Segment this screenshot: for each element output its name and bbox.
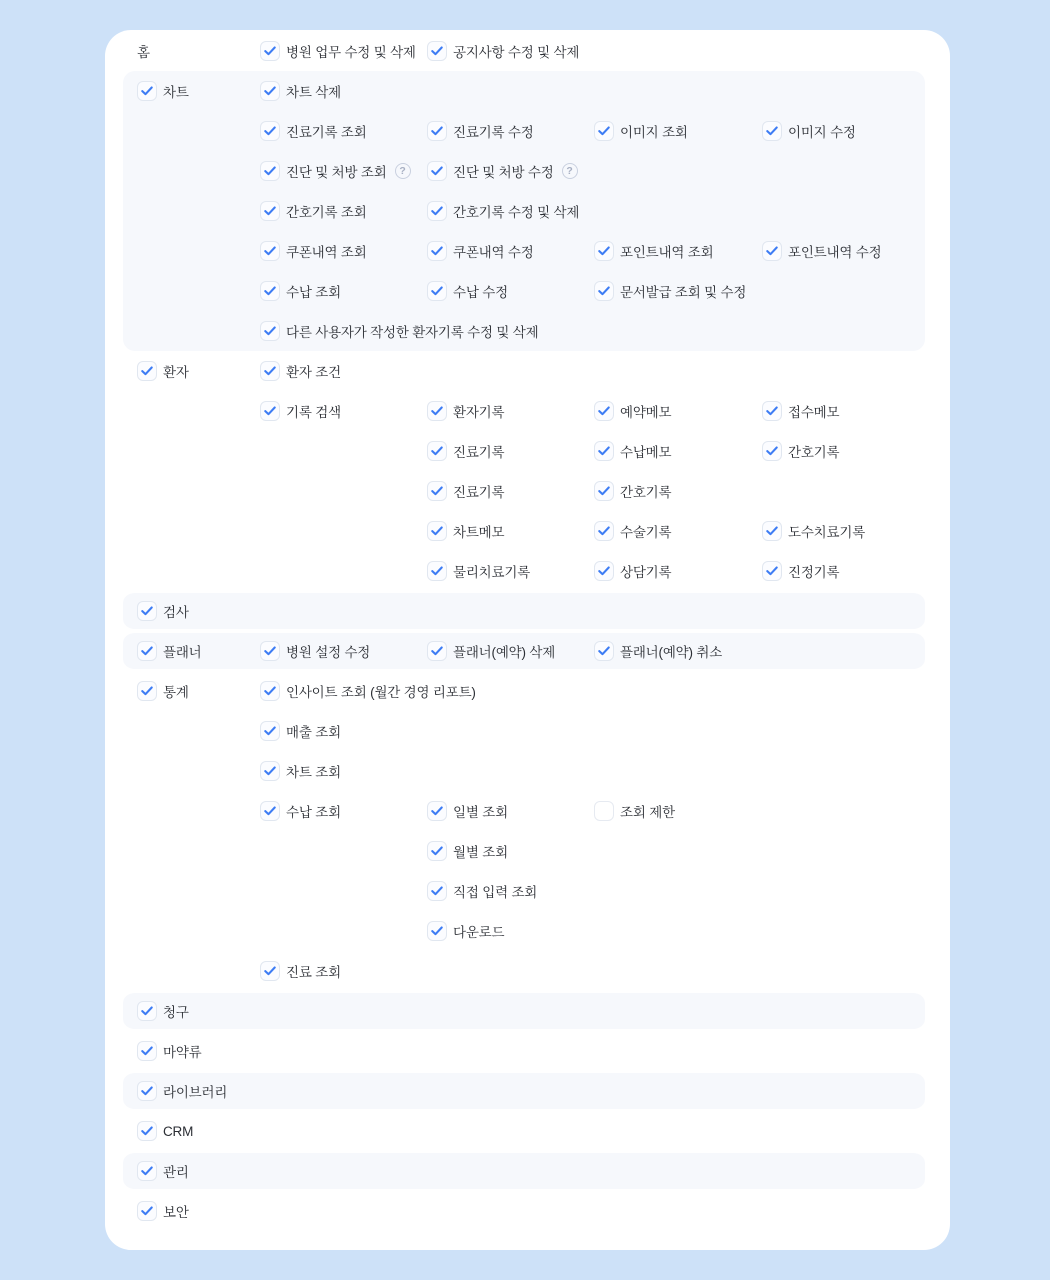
check-icon <box>598 286 610 296</box>
check-icon <box>598 486 610 496</box>
permission-item: 진료기록 <box>427 441 594 461</box>
check-icon <box>264 246 276 256</box>
check-icon <box>141 686 153 696</box>
permission-item: 수납 조회 <box>260 281 427 301</box>
permission-label: 간호기록 조회 <box>286 201 367 221</box>
section-library: 라이브러리 <box>123 1071 925 1111</box>
category-label: 통계 <box>163 681 189 701</box>
checkbox-checked[interactable] <box>260 241 280 261</box>
permission-row: 홈병원 업무 수정 및 삭제공지사항 수정 및 삭제 <box>123 31 925 71</box>
checkbox-checked[interactable] <box>137 1001 157 1021</box>
check-icon <box>766 566 778 576</box>
permission-label: 포인트내역 수정 <box>788 241 881 261</box>
permission-row: 플래너병원 설정 수정플래너(예약) 삭제플래너(예약) 취소 <box>123 633 925 669</box>
permission-item: 병원 업무 수정 및 삭제 <box>260 41 427 61</box>
checkbox-checked[interactable] <box>137 1161 157 1181</box>
permission-item: 포인트내역 수정 <box>762 241 925 261</box>
permission-row: 통계인사이트 조회 (월간 경영 리포트) <box>123 671 925 711</box>
category-label: 관리 <box>163 1161 189 1181</box>
permission-label: 다운로드 <box>453 921 504 941</box>
checkbox-checked[interactable] <box>427 881 447 901</box>
category-item: 검사 <box>137 601 260 621</box>
checkbox-checked[interactable] <box>260 161 280 181</box>
permission-row: 차트차트 삭제 <box>123 71 925 111</box>
check-icon <box>431 646 443 656</box>
check-icon <box>431 806 443 816</box>
check-icon <box>264 46 276 56</box>
checkbox-checked[interactable] <box>762 401 782 421</box>
permission-row: 진료기록 조회진료기록 수정이미지 조회이미지 수정 <box>123 111 925 151</box>
permission-row: 환자환자 조건 <box>123 351 925 391</box>
permission-row: 차트메모수술기록도수치료기록 <box>123 511 925 551</box>
permission-label: 수납 조회 <box>286 281 341 301</box>
permission-label: 직접 입력 조회 <box>453 881 537 901</box>
permission-row: 마약류 <box>123 1031 925 1071</box>
permission-item: 직접 입력 조회 <box>427 881 594 901</box>
permission-label: 다른 사용자가 작성한 환자기록 수정 및 삭제 <box>286 321 538 341</box>
checkbox-checked[interactable] <box>427 801 447 821</box>
section-billing: 청구 <box>123 991 925 1031</box>
permission-label: 진료기록 수정 <box>453 121 534 141</box>
permission-label: 간호기록 수정 및 삭제 <box>453 201 579 221</box>
permission-item: 차트메모 <box>427 521 594 541</box>
checkbox-unchecked[interactable] <box>594 801 614 821</box>
permission-item: 진단 및 처방 조회? <box>260 161 427 181</box>
section-planner: 플래너병원 설정 수정플래너(예약) 삭제플래너(예약) 취소 <box>123 631 925 671</box>
checkbox-checked[interactable] <box>260 401 280 421</box>
permission-item: 진료기록 수정 <box>427 121 594 141</box>
check-icon <box>598 406 610 416</box>
permission-label: 수납메모 <box>620 441 671 461</box>
permission-row: 관리 <box>123 1153 925 1189</box>
category-item: 청구 <box>137 1001 260 1021</box>
permission-row: 진단 및 처방 조회?진단 및 처방 수정? <box>123 151 925 191</box>
permission-item: 수납메모 <box>594 441 762 461</box>
checkbox-checked[interactable] <box>594 281 614 301</box>
check-icon <box>598 566 610 576</box>
permission-label: 접수메모 <box>788 401 839 421</box>
permission-row: 물리치료기록상담기록진정기록 <box>123 551 925 591</box>
check-icon <box>431 846 443 856</box>
check-icon <box>431 486 443 496</box>
permission-item: 다운로드 <box>427 921 594 941</box>
permission-row: 간호기록 조회간호기록 수정 및 삭제 <box>123 191 925 231</box>
permission-label: 기록 검색 <box>286 401 341 421</box>
permission-label: 병원 업무 수정 및 삭제 <box>286 41 416 61</box>
permission-label: 조회 제한 <box>620 801 675 821</box>
permission-label: 쿠폰내역 조회 <box>286 241 367 261</box>
check-icon <box>598 246 610 256</box>
permission-item: 간호기록 <box>594 481 762 501</box>
permission-label: 수술기록 <box>620 521 671 541</box>
permission-label: 공지사항 수정 및 삭제 <box>453 41 579 61</box>
check-icon <box>766 246 778 256</box>
check-icon <box>264 406 276 416</box>
permission-item: 매출 조회 <box>260 721 427 741</box>
permission-label: 진료기록 <box>453 481 504 501</box>
checkbox-checked[interactable] <box>762 121 782 141</box>
permission-row: 쿠폰내역 조회쿠폰내역 수정포인트내역 조회포인트내역 수정 <box>123 231 925 271</box>
checkbox-checked[interactable] <box>594 441 614 461</box>
permission-row: 검사 <box>123 593 925 629</box>
check-icon <box>141 646 153 656</box>
checkbox-checked[interactable] <box>762 441 782 461</box>
permission-item: 차트 삭제 <box>260 81 427 101</box>
permission-item: 진단 및 처방 수정? <box>427 161 594 181</box>
permission-label: 인사이트 조회 (월간 경영 리포트) <box>286 681 476 701</box>
permission-label: 문서발급 조회 및 수정 <box>620 281 746 301</box>
check-icon <box>264 86 276 96</box>
checkbox-checked[interactable] <box>427 241 447 261</box>
check-icon <box>598 126 610 136</box>
check-icon <box>431 166 443 176</box>
check-icon <box>431 926 443 936</box>
check-icon <box>141 606 153 616</box>
check-icon <box>766 446 778 456</box>
permission-label: 이미지 수정 <box>788 121 856 141</box>
category-label: 환자 <box>163 361 189 381</box>
permission-row: 수납 조회일별 조회조회 제한 <box>123 791 925 831</box>
permission-label: 차트 조회 <box>286 761 341 781</box>
permission-item: 플래너(예약) 삭제 <box>427 641 594 661</box>
check-icon <box>598 646 610 656</box>
permission-item: 진정기록 <box>762 561 925 581</box>
permission-label: 도수치료기록 <box>788 521 865 541</box>
check-icon <box>264 806 276 816</box>
checkbox-checked[interactable] <box>260 321 280 341</box>
check-icon <box>264 366 276 376</box>
checkbox-checked[interactable] <box>260 761 280 781</box>
check-icon <box>141 1046 153 1056</box>
permission-item: 월별 조회 <box>427 841 594 861</box>
permission-item: 다른 사용자가 작성한 환자기록 수정 및 삭제 <box>260 321 427 341</box>
permission-row: 진료기록수납메모간호기록 <box>123 431 925 471</box>
permission-label: 간호기록 <box>788 441 839 461</box>
check-icon <box>598 526 610 536</box>
permission-label: 물리치료기록 <box>453 561 530 581</box>
permission-item: 일별 조회 <box>427 801 594 821</box>
category-item: 보안 <box>137 1201 260 1221</box>
permission-label: 환자 조건 <box>286 361 341 381</box>
category-label: 마약류 <box>163 1041 202 1061</box>
category-label: CRM <box>163 1124 193 1139</box>
checkbox-checked[interactable] <box>260 361 280 381</box>
checkbox-checked[interactable] <box>427 161 447 181</box>
check-icon <box>264 726 276 736</box>
check-icon <box>141 1086 153 1096</box>
category-item: 홈 <box>137 41 260 61</box>
permission-item: 공지사항 수정 및 삭제 <box>427 41 594 61</box>
permission-item: 수술기록 <box>594 521 762 541</box>
checkbox-checked[interactable] <box>137 681 157 701</box>
checkbox-checked[interactable] <box>427 841 447 861</box>
check-icon <box>264 126 276 136</box>
checkbox-checked[interactable] <box>260 681 280 701</box>
checkbox-checked[interactable] <box>137 1201 157 1221</box>
permission-label: 차트메모 <box>453 521 504 541</box>
permission-label: 수납 수정 <box>453 281 508 301</box>
permission-label: 수납 조회 <box>286 801 341 821</box>
permission-row: 청구 <box>123 993 925 1029</box>
checkbox-checked[interactable] <box>594 481 614 501</box>
check-icon <box>264 646 276 656</box>
section-exam: 검사 <box>123 591 925 631</box>
permission-item: 인사이트 조회 (월간 경영 리포트) <box>260 681 427 701</box>
category-label: 플래너 <box>163 641 202 661</box>
permission-label: 환자기록 <box>453 401 504 421</box>
checkbox-checked[interactable] <box>260 721 280 741</box>
category-label: 보안 <box>163 1201 189 1221</box>
check-icon <box>264 206 276 216</box>
permission-label: 일별 조회 <box>453 801 508 821</box>
checkbox-checked[interactable] <box>427 401 447 421</box>
check-icon <box>141 1006 153 1016</box>
permission-item: 기록 검색 <box>260 401 427 421</box>
checkbox-checked[interactable] <box>427 921 447 941</box>
check-icon <box>264 166 276 176</box>
permission-label: 예약메모 <box>620 401 671 421</box>
permission-item: 이미지 조회 <box>594 121 762 141</box>
check-icon <box>264 686 276 696</box>
help-icon[interactable]: ? <box>395 163 411 179</box>
check-icon <box>264 286 276 296</box>
checkbox-checked[interactable] <box>594 641 614 661</box>
permission-item: 간호기록 조회 <box>260 201 427 221</box>
checkbox-checked[interactable] <box>594 521 614 541</box>
permission-label: 진료 조회 <box>286 961 341 981</box>
checkbox-checked[interactable] <box>427 201 447 221</box>
permission-label: 진단 및 처방 조회 <box>286 161 387 181</box>
checkbox-checked[interactable] <box>762 561 782 581</box>
check-icon <box>431 246 443 256</box>
permission-item: 도수치료기록 <box>762 521 925 541</box>
category-item: 플래너 <box>137 641 260 661</box>
section-security: 보안 <box>123 1191 925 1231</box>
permission-item: 조회 제한 <box>594 801 762 821</box>
permission-item: 병원 설정 수정 <box>260 641 427 661</box>
permission-label: 상담기록 <box>620 561 671 581</box>
category-label: 검사 <box>163 601 189 621</box>
category-label: 라이브러리 <box>163 1081 227 1101</box>
checkbox-checked[interactable] <box>762 521 782 541</box>
permission-row: 다운로드 <box>123 911 925 951</box>
permission-row: 수납 조회수납 수정문서발급 조회 및 수정 <box>123 271 925 311</box>
permission-label: 진정기록 <box>788 561 839 581</box>
check-icon <box>431 566 443 576</box>
check-icon <box>141 1206 153 1216</box>
checkbox-checked[interactable] <box>137 1081 157 1101</box>
permission-item: 이미지 수정 <box>762 121 925 141</box>
category-item: 라이브러리 <box>137 1081 260 1101</box>
checkbox-checked[interactable] <box>427 641 447 661</box>
permission-sections: 홈병원 업무 수정 및 삭제공지사항 수정 및 삭제차트차트 삭제진료기록 조회… <box>123 31 925 1231</box>
category-label: 홈 <box>137 41 150 61</box>
help-icon[interactable]: ? <box>562 163 578 179</box>
permission-item: 진료기록 조회 <box>260 121 427 141</box>
permission-item: 쿠폰내역 수정 <box>427 241 594 261</box>
permission-label: 쿠폰내역 수정 <box>453 241 534 261</box>
permission-item: 플래너(예약) 취소 <box>594 641 762 661</box>
check-icon <box>431 286 443 296</box>
section-crm: CRM <box>123 1111 925 1151</box>
check-icon <box>431 206 443 216</box>
section-management: 관리 <box>123 1151 925 1191</box>
check-icon <box>598 446 610 456</box>
permission-item: 물리치료기록 <box>427 561 594 581</box>
category-item: 환자 <box>137 361 260 381</box>
category-label: 청구 <box>163 1001 189 1021</box>
section-chart: 차트차트 삭제진료기록 조회진료기록 수정이미지 조회이미지 수정진단 및 처방… <box>123 71 925 351</box>
permission-row: 차트 조회 <box>123 751 925 791</box>
permission-row: 보안 <box>123 1191 925 1231</box>
permission-item: 포인트내역 조회 <box>594 241 762 261</box>
check-icon <box>766 406 778 416</box>
checkbox-checked[interactable] <box>594 241 614 261</box>
permission-label: 이미지 조회 <box>620 121 688 141</box>
checkbox-checked[interactable] <box>137 81 157 101</box>
permissions-card: 홈병원 업무 수정 및 삭제공지사항 수정 및 삭제차트차트 삭제진료기록 조회… <box>105 30 950 1250</box>
permission-item: 쿠폰내역 조회 <box>260 241 427 261</box>
permission-item: 접수메모 <box>762 401 925 421</box>
permission-item: 상담기록 <box>594 561 762 581</box>
permission-row: 다른 사용자가 작성한 환자기록 수정 및 삭제 <box>123 311 925 351</box>
checkbox-checked[interactable] <box>260 81 280 101</box>
checkbox-checked[interactable] <box>594 121 614 141</box>
permission-label: 월별 조회 <box>453 841 508 861</box>
category-item: CRM <box>137 1121 260 1141</box>
checkbox-checked[interactable] <box>137 1121 157 1141</box>
check-icon <box>264 326 276 336</box>
checkbox-checked[interactable] <box>137 1041 157 1061</box>
check-icon <box>141 1126 153 1136</box>
permission-row: 기록 검색환자기록예약메모접수메모 <box>123 391 925 431</box>
permission-item: 문서발급 조회 및 수정 <box>594 281 762 301</box>
checkbox-checked[interactable] <box>260 201 280 221</box>
permission-label: 진료기록 조회 <box>286 121 367 141</box>
permission-row: 라이브러리 <box>123 1073 925 1109</box>
check-icon <box>431 526 443 536</box>
permission-row: 진료 조회 <box>123 951 925 991</box>
checkbox-checked[interactable] <box>260 961 280 981</box>
permission-label: 진단 및 처방 수정 <box>453 161 554 181</box>
permission-item: 진료기록 <box>427 481 594 501</box>
section-statistics: 통계인사이트 조회 (월간 경영 리포트)매출 조회차트 조회수납 조회일별 조… <box>123 671 925 991</box>
checkbox-checked[interactable] <box>427 481 447 501</box>
permission-label: 플래너(예약) 취소 <box>620 641 722 661</box>
section-home: 홈병원 업무 수정 및 삭제공지사항 수정 및 삭제 <box>123 31 925 71</box>
check-icon <box>264 966 276 976</box>
permission-item: 환자기록 <box>427 401 594 421</box>
permission-item: 환자 조건 <box>260 361 427 381</box>
check-icon <box>141 1166 153 1176</box>
checkbox-checked[interactable] <box>427 441 447 461</box>
permission-label: 진료기록 <box>453 441 504 461</box>
check-icon <box>431 46 443 56</box>
check-icon <box>431 446 443 456</box>
section-patient: 환자환자 조건기록 검색환자기록예약메모접수메모진료기록수납메모간호기록진료기록… <box>123 351 925 591</box>
check-icon <box>141 86 153 96</box>
permission-item: 수납 조회 <box>260 801 427 821</box>
permission-label: 간호기록 <box>620 481 671 501</box>
checkbox-checked[interactable] <box>427 121 447 141</box>
permission-row: 매출 조회 <box>123 711 925 751</box>
permission-label: 플래너(예약) 삭제 <box>453 641 555 661</box>
check-icon <box>264 766 276 776</box>
checkbox-checked[interactable] <box>594 401 614 421</box>
check-icon <box>431 886 443 896</box>
category-item: 마약류 <box>137 1041 260 1061</box>
permission-item: 차트 조회 <box>260 761 427 781</box>
checkbox-checked[interactable] <box>427 561 447 581</box>
checkbox-checked[interactable] <box>260 281 280 301</box>
check-icon <box>431 126 443 136</box>
checkbox-checked[interactable] <box>260 641 280 661</box>
permission-row: 직접 입력 조회 <box>123 871 925 911</box>
permission-row: 진료기록간호기록 <box>123 471 925 511</box>
checkbox-checked[interactable] <box>427 281 447 301</box>
checkbox-checked[interactable] <box>260 41 280 61</box>
checkbox-checked[interactable] <box>137 601 157 621</box>
check-icon <box>431 406 443 416</box>
category-item: 차트 <box>137 81 260 101</box>
checkbox-checked[interactable] <box>594 561 614 581</box>
permission-item: 간호기록 수정 및 삭제 <box>427 201 594 221</box>
permission-item: 예약메모 <box>594 401 762 421</box>
permission-row: 월별 조회 <box>123 831 925 871</box>
checkbox-checked[interactable] <box>762 241 782 261</box>
permission-label: 포인트내역 조회 <box>620 241 713 261</box>
permission-row: CRM <box>123 1111 925 1151</box>
category-label: 차트 <box>163 81 189 101</box>
permission-item: 간호기록 <box>762 441 925 461</box>
permission-item: 진료 조회 <box>260 961 427 981</box>
check-icon <box>141 366 153 376</box>
check-icon <box>766 126 778 136</box>
permission-label: 병원 설정 수정 <box>286 641 370 661</box>
section-narcotics: 마약류 <box>123 1031 925 1071</box>
category-item: 통계 <box>137 681 260 701</box>
checkbox-checked[interactable] <box>137 641 157 661</box>
category-item: 관리 <box>137 1161 260 1181</box>
checkbox-checked[interactable] <box>260 121 280 141</box>
permission-label: 매출 조회 <box>286 721 341 741</box>
checkbox-checked[interactable] <box>260 801 280 821</box>
checkbox-checked[interactable] <box>427 41 447 61</box>
checkbox-checked[interactable] <box>427 521 447 541</box>
permission-item: 수납 수정 <box>427 281 594 301</box>
checkbox-checked[interactable] <box>137 361 157 381</box>
permission-label: 차트 삭제 <box>286 81 341 101</box>
check-icon <box>766 526 778 536</box>
